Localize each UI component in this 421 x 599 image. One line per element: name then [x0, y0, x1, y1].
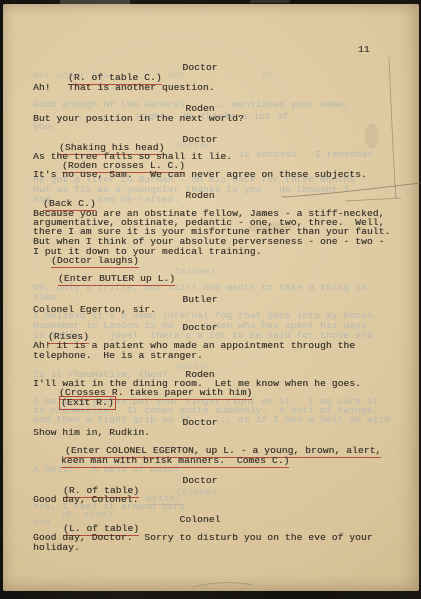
- dialogue-text: Good day, Doctor. Sorry to disturb you o…: [33, 532, 373, 543]
- speaker-text: Doctor: [182, 62, 217, 73]
- dialogue-text: It's no use, Sam. We can never agree on …: [33, 169, 367, 180]
- dialogue: telephone. He is a stranger.: [33, 351, 203, 361]
- direction-text: (Enter BUTLER up L.): [58, 273, 175, 286]
- dialogue: Show him in, Rudkin.: [33, 428, 150, 438]
- direction: (Doctor laughs): [51, 256, 139, 266]
- speaker: Doctor: [0, 476, 400, 486]
- speaker-text: Doctor: [182, 417, 217, 428]
- typescript-text-layer: Wot about the .. do? ... ... of ...Good …: [0, 0, 421, 599]
- page-number: 11: [358, 45, 370, 55]
- speaker-text: Doctor: [182, 322, 217, 333]
- speaker: Doctor: [0, 63, 400, 73]
- dialogue: Good day, Colonel.: [33, 495, 138, 505]
- dialogue-text: Ah! That is another question.: [33, 82, 215, 93]
- direction-text: (Doctor laughs): [51, 255, 139, 268]
- dialogue: Colonel Egerton, sir.: [33, 305, 156, 315]
- speaker-text: Roden: [185, 190, 214, 201]
- dialogue: Good day, Doctor. Sorry to disturb you o…: [33, 533, 373, 543]
- dialogue-text: Colonel Egerton, sir.: [33, 304, 156, 315]
- bleedthrough-line: ..ic abscess - I remember.: [227, 150, 379, 160]
- speaker-text: Doctor: [182, 134, 217, 145]
- direction: (Exit R.): [59, 398, 116, 408]
- direction: keen man with brisk manners. Comes C.): [61, 456, 289, 466]
- speaker-text: Doctor: [182, 475, 217, 486]
- page-number-text: 11: [358, 44, 370, 55]
- bleedthrough-line: Colonel: [176, 487, 217, 497]
- bleedthrough-text: Colonel: [175, 266, 216, 277]
- direction: (Enter BUTLER up L.): [58, 274, 175, 284]
- dialogue-text: Good day, Colonel.: [33, 494, 138, 505]
- dialogue: But your position in the next world?: [33, 114, 244, 124]
- dialogue-text: telephone. He is a stranger.: [33, 350, 203, 361]
- bleedthrough-line: Colonel: [175, 267, 216, 277]
- dialogue: holiday.: [33, 543, 80, 553]
- dialogue-text: But your position in the next world?: [33, 113, 244, 124]
- speaker-text: Butler: [182, 294, 217, 305]
- dialogue: Ah! That is another question.: [33, 83, 215, 93]
- dialogue-text: Show him in, Rudkin.: [33, 427, 150, 438]
- direction-text: (Exit R.): [59, 396, 116, 410]
- dialogue-text: holiday.: [33, 542, 80, 553]
- bleedthrough-text: Colonel: [176, 486, 217, 497]
- speaker-text: Colonel: [179, 514, 220, 525]
- speaker: Colonel: [0, 515, 400, 525]
- bleedthrough-text: ..ic abscess - I remember.: [227, 149, 379, 160]
- dialogue: It's no use, Sam. We can never agree on …: [33, 170, 367, 180]
- direction-text: keen man with brisk manners. Comes C.): [61, 455, 289, 468]
